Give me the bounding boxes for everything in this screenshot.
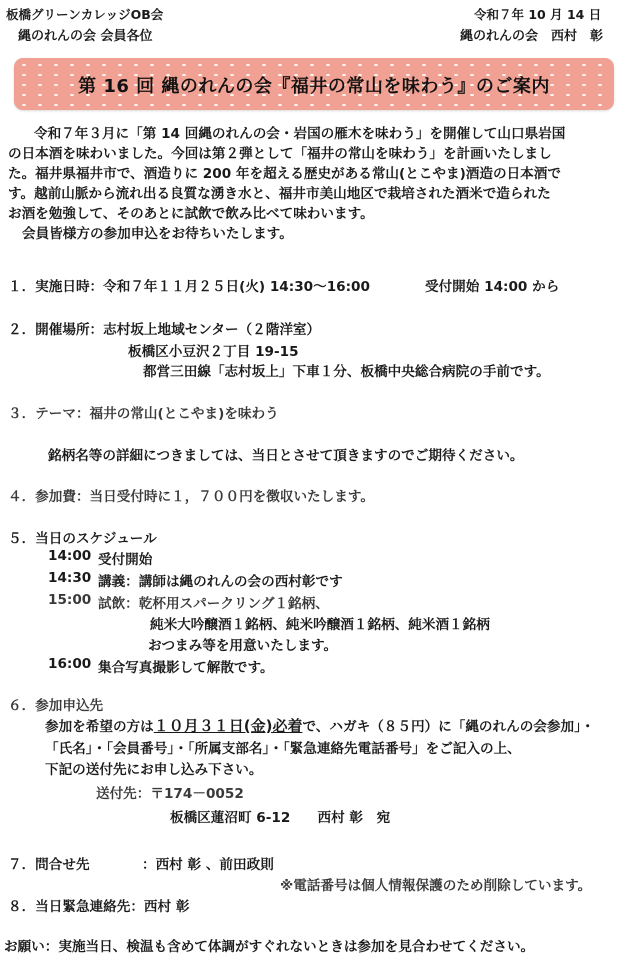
schedule-text: 受付開始 bbox=[98, 548, 152, 568]
section-fee: ４．参加費：当日受付時に１，７００円を徴収いたします。 bbox=[8, 485, 374, 505]
section-emergency-contact: ８．当日緊急連絡先：西村 彰 bbox=[8, 895, 189, 915]
application-line-2: 「氏名」・「会員番号」・「所属支部名」・「緊急連絡先電話番号」をご記入の上、 bbox=[45, 737, 521, 757]
section-theme: ３．テーマ：福井の常山(とこやま)を味わう bbox=[8, 402, 279, 422]
intro-paragraph: 令和７年３月に「第 14 回縄のれんの会・岩国の雁木を味わう」を開催して山口県岩… bbox=[8, 124, 618, 244]
intro-line: す。越前山脈から流れ出る良質な湧き水と、福井市美山地区で栽培された酒米で造られた bbox=[8, 184, 618, 204]
schedule-text: 試飲：乾杯用スパークリング１銘柄、 bbox=[98, 592, 329, 612]
document-date: 令和７年 10 月 14 日 bbox=[474, 5, 601, 23]
intro-line: 令和７年３月に「第 14 回縄のれんの会・岩国の雁木を味わう」を開催して山口県岩… bbox=[8, 124, 618, 144]
venue-access: 都営三田線「志村坂上」下車１分、板橋中央総合病院の手前です。 bbox=[143, 360, 550, 380]
intro-line: の日本酒を味わいました。今回は第２弾として「福井の常山を味わう」を計画いたしまし bbox=[8, 144, 618, 164]
intro-line: た。福井県福井市で、酒造りに 200 年を超える歴史がある常山(とこやま)酒造の… bbox=[8, 164, 618, 184]
schedule-time: 14:30 bbox=[48, 570, 91, 586]
application-deadline: １０月３１日(金)必着 bbox=[154, 717, 303, 735]
application-intro: 参加を希望の方は bbox=[45, 719, 154, 735]
title-banner: 第 16 回 縄のれんの会『福井の常山を味わう』のご案内 bbox=[14, 58, 614, 110]
mailing-address: 板橋区蓮沼町 6-12 西村 彰 宛 bbox=[170, 806, 390, 826]
section-application: ６．参加申込先 bbox=[8, 694, 103, 714]
schedule-time: 16:00 bbox=[48, 656, 91, 672]
venue-address: 板橋区小豆沢２丁目 19-15 bbox=[128, 340, 299, 360]
schedule-time: 15:00 bbox=[48, 592, 91, 608]
page-title: 第 16 回 縄のれんの会『福井の常山を味わう』のご案内 bbox=[14, 72, 614, 98]
health-request: お願い：実施当日、検温も含めて体調がすぐれないときは参加を見合わせてください。 bbox=[4, 935, 534, 955]
section-schedule: ５．当日のスケジュール bbox=[8, 527, 157, 547]
schedule-text: おつまみ等を用意いたします。 bbox=[148, 634, 337, 654]
application-postcard: で、ハガキ（８５円）に「縄のれんの会参加」・ bbox=[302, 719, 594, 735]
application-line-1: 参加を希望の方は１０月３１日(金)必着で、ハガキ（８５円）に「縄のれんの会参加」… bbox=[45, 715, 594, 736]
intro-line: お酒を勉強して、そのあとに試飲で飲み比べて味わいます。 bbox=[8, 204, 618, 224]
schedule-text: 純米大吟醸酒１銘柄、純米吟醸酒１銘柄、純米酒１銘柄 bbox=[150, 613, 490, 633]
schedule-text: 講義：講師は縄のれんの会の西村彰です bbox=[98, 570, 343, 590]
schedule-time: 14:00 bbox=[48, 548, 91, 564]
reception-start: 受付開始 14:00 から bbox=[425, 275, 559, 295]
application-line-3: 下記の送付先にお申し込み下さい。 bbox=[45, 758, 263, 778]
schedule-text: 集合写真撮影して解散です。 bbox=[98, 656, 274, 676]
sender: 縄のれんの会 西村 彰 bbox=[460, 25, 603, 44]
section-date-time: １．実施日時：令和７年１１月２５日(火) 14:30～16:00 bbox=[8, 275, 370, 295]
section-venue: ２．開催場所：志村坂上地域センター（２階洋室） bbox=[8, 318, 320, 338]
recipients: 縄のれんの会 会員各位 bbox=[18, 25, 153, 44]
section-inquiry: ７．問合せ先 bbox=[8, 853, 90, 873]
theme-note: 銘柄名等の詳細につきましては、当日とさせて頂きますのでご期待ください。 bbox=[48, 444, 524, 464]
privacy-note: ※電話番号は個人情報保護のため削除しています。 bbox=[280, 874, 591, 894]
inquiry-contacts: ：西村 彰 、前田政則 bbox=[142, 853, 274, 873]
intro-line: 会員皆様方の参加申込をお待ちいたします。 bbox=[8, 224, 618, 244]
organization-name: 板橋グリーンカレッジOB会 bbox=[6, 5, 163, 23]
postal-code: 送付先：〒174－0052 bbox=[96, 782, 244, 802]
